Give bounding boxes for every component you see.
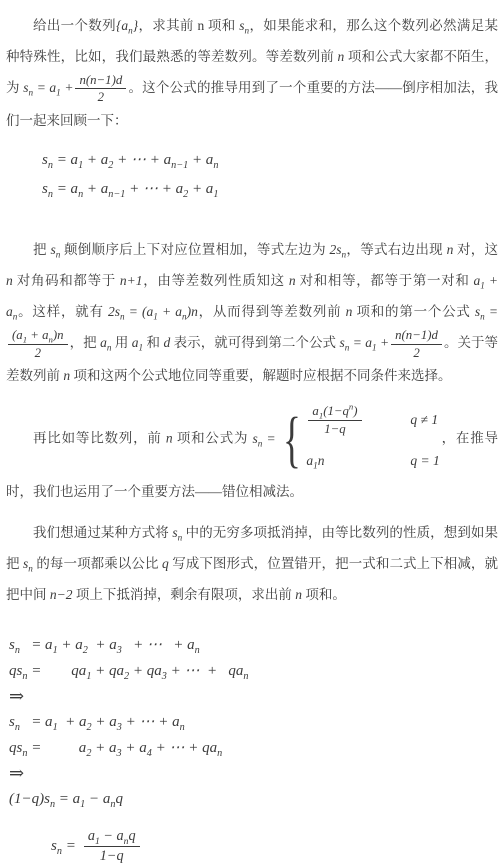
inline-math: 2sn — [330, 242, 347, 257]
fraction-numerator: a1 − anq — [84, 828, 140, 846]
inline-math: sn — [50, 242, 60, 257]
text-run: 项上下抵消掉，剩余有限项，求出前 — [73, 587, 296, 602]
text-run: 对角码和都等于 — [13, 273, 120, 288]
text-run: 项和的第一个公式 — [352, 304, 475, 319]
fraction: a1(1−qn)1−q — [308, 404, 361, 437]
paragraph-reverse-addition-method: 把 sn 颠倒顺序后上下对应位置相加，等式左边为 2sn，等式右边出现 n 对，… — [6, 234, 498, 391]
implies-arrow-1: ⇒ — [9, 684, 498, 709]
text-run: 我们想通过某种方式将 — [33, 525, 172, 540]
text-run: 项和公式为 — [173, 431, 253, 446]
inline-math: a1 — [132, 335, 143, 350]
text-run: 表示，就可得到第二个公式 — [170, 335, 339, 350]
text-run: 的每一项都乘以公比 — [33, 556, 162, 571]
final-result-fraction: a1 − anq 1−q — [84, 828, 140, 864]
text-run: 对，这 — [453, 242, 498, 257]
fraction-denominator: 2 — [391, 345, 442, 361]
left-brace: { — [283, 414, 301, 467]
inline-math: sn = — [475, 304, 498, 319]
text-run: 。这样，就有 — [17, 304, 108, 319]
inline-math: n — [295, 587, 302, 602]
cases-rows: a1(1−qn)1−qq ≠ 1a1nq = 1 — [306, 403, 439, 476]
inline-math: sn = — [253, 431, 276, 446]
inline-math: n — [166, 431, 173, 446]
inline-math: sn — [239, 18, 249, 33]
fraction-numerator: (a1 + an)n — [8, 328, 68, 345]
paragraph-intro-arithmetic: 给出一个数列{an}，求其前 n 项和 sn，如果能求和，那么这个数列必然满足某… — [6, 10, 498, 136]
equation-sn-reversed: sn = an + an−1 + ⋯ + a2 + a1 — [42, 175, 498, 204]
fraction: n(n−1)d2 — [75, 73, 126, 106]
cases-expression: a1(1−qn)1−q — [306, 403, 394, 436]
text-run: 和 — [143, 335, 163, 350]
equation-sn-forward: sn = a1 + a2 + ⋯ + an−1 + an — [42, 146, 498, 175]
inline-math: sn = a1 + — [23, 80, 73, 95]
inline-math: {an} — [116, 18, 138, 33]
text-run: 对和相等，都等于第一对和 — [296, 273, 474, 288]
text-run: ，由等差数列性质知这 — [143, 273, 289, 288]
cases-row: a1(1−qn)1−qq ≠ 1 — [306, 403, 439, 436]
equation-sn-expanded-1: sn = a1 + a2 + a3 + ⋯ + an — [9, 632, 498, 658]
equation-final-result: sn = a1 − anq 1−q — [51, 828, 498, 864]
implies-arrow-2: ⇒ — [9, 761, 498, 786]
cases-condition: q = 1 — [410, 445, 439, 476]
fraction: (a1 + an)n2 — [8, 328, 68, 361]
cases-condition: q ≠ 1 — [410, 404, 438, 435]
equation-sn-expanded-2: sn = a1 + a2 + a3 + ⋯ + an — [9, 709, 498, 735]
text-run: ，求其前 n 项和 — [138, 18, 239, 33]
text-run: 颠倒顺序后上下对应位置相加，等式左边为 — [60, 242, 329, 257]
derivation-block: sn = a1 + a2 + a3 + ⋯ + an qsn = qa1 + q… — [9, 632, 498, 864]
text-run: ，等式右边出现 — [346, 242, 446, 257]
text-run: 给出一个数列 — [33, 18, 116, 33]
text-run: 项和这两个公式地位同等重要，解题时应根据不同条件来选择。 — [70, 368, 451, 383]
cases-row: a1nq = 1 — [306, 445, 439, 476]
final-result-lhs: sn = — [51, 838, 76, 855]
inline-math: an — [100, 335, 111, 350]
fraction: n(n−1)d2 — [391, 328, 442, 361]
text-run: ，从而得到等差数列前 — [198, 304, 346, 319]
text-run: 把 — [33, 242, 50, 257]
text-run: ，把 — [70, 335, 101, 350]
equation-one-minus-q-sn: (1−q)sn = a1 − anq — [9, 786, 498, 812]
cases-expression: a1n — [306, 445, 394, 476]
inline-math: n−2 — [50, 587, 73, 602]
fraction-denominator: 2 — [75, 89, 126, 105]
inline-math: n+1 — [120, 273, 143, 288]
document-page: { "page": { "background": "#ffffff", "te… — [0, 0, 504, 864]
inline-math: sn — [23, 556, 33, 571]
text-run: 再比如等比数列，前 — [33, 431, 166, 446]
reversal-equations-block: sn = a1 + a2 + ⋯ + an−1 + an sn = an + a… — [42, 146, 498, 204]
inline-math: n — [6, 273, 13, 288]
fraction-denominator: 2 — [8, 345, 68, 361]
inline-math: sn = a1 + — [339, 335, 389, 350]
fraction-denominator: 1−q — [84, 847, 140, 864]
inline-math: n — [289, 273, 296, 288]
piecewise-cases: {a1(1−qn)1−qq ≠ 1a1nq = 1 — [277, 403, 440, 476]
fraction-numerator: n(n−1)d — [391, 328, 442, 345]
inline-math: q — [162, 556, 169, 571]
text-run: 用 — [111, 335, 131, 350]
paragraph-geometric-sum-formula: 再比如等比数列，前 n 项和公式为 sn ={a1(1−qn)1−qq ≠ 1a… — [6, 403, 498, 507]
paragraph-dislocation-subtraction: 我们想通过某种方式将 sn 中的无穷多项抵消掉，由等比数列的性质，想到如果把 s… — [6, 517, 498, 610]
equation-qsn-expanded-1: qsn = qa1 + qa2 + qa3 + ⋯ + qan — [9, 658, 498, 684]
inline-math: 2sn = (a1 + an)n — [108, 304, 198, 319]
inline-math: sn — [172, 525, 182, 540]
fraction-numerator: a1(1−qn) — [308, 404, 361, 421]
text-run: 项和。 — [302, 587, 346, 602]
fraction-numerator: n(n−1)d — [75, 73, 126, 90]
equation-qsn-shifted: qsn = a2 + a3 + a4 + ⋯ + qan — [9, 735, 498, 761]
fraction-denominator: 1−q — [308, 421, 361, 437]
